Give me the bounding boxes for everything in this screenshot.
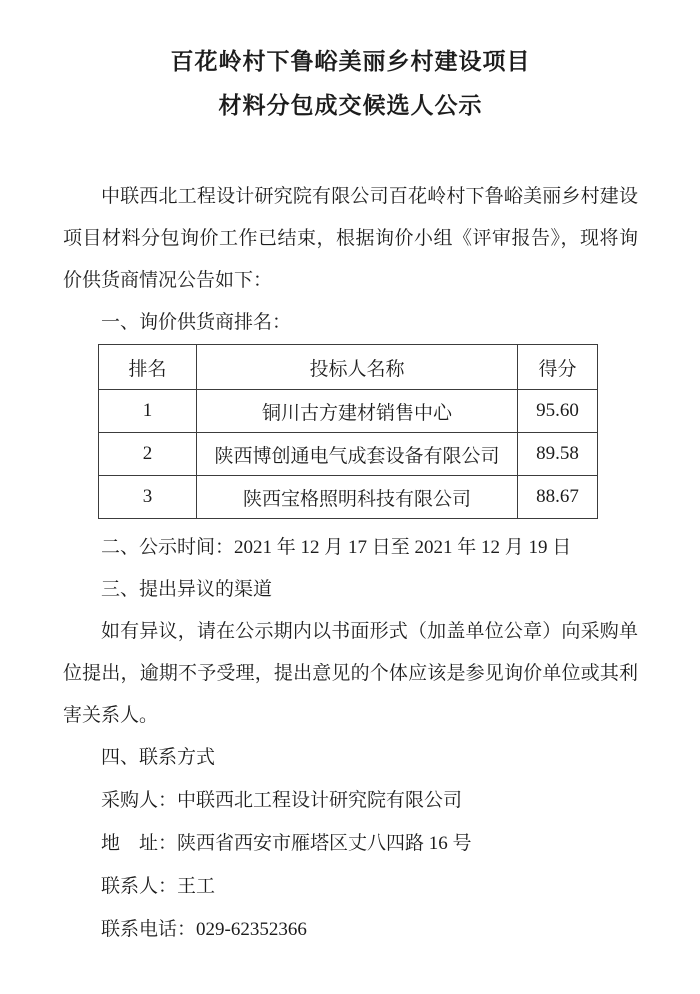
cell-bidder: 陕西宝格照明科技有限公司 (197, 476, 518, 519)
cell-rank: 1 (99, 390, 197, 433)
cell-rank: 3 (99, 476, 197, 519)
supplier-ranking-table: 排名 投标人名称 得分 1 铜川古方建材销售中心 95.60 2 陕西博创通电气… (98, 344, 598, 519)
contact-person-line: 联系人：王工 (63, 865, 638, 908)
contact-address-line: 地 址：陕西省西安市雁塔区丈八四路 16 号 (63, 822, 638, 865)
cell-score: 95.60 (518, 390, 598, 433)
cell-score: 88.67 (518, 476, 598, 519)
table-header-bidder: 投标人名称 (197, 345, 518, 390)
section3-heading: 三、提出异议的渠道 (63, 569, 638, 611)
document-title: 百花岭村下鲁峪美丽乡村建设项目 材料分包成交候选人公示 (63, 40, 638, 128)
document-title-line2: 材料分包成交候选人公示 (219, 93, 483, 118)
table-row: 1 铜川古方建材销售中心 95.60 (99, 390, 598, 433)
cell-bidder: 铜川古方建材销售中心 (197, 390, 518, 433)
intro-paragraph: 中联西北工程设计研究院有限公司百花岭村下鲁峪美丽乡村建设项目材料分包询价工作已结… (63, 176, 638, 302)
table-row: 3 陕西宝格照明科技有限公司 88.67 (99, 476, 598, 519)
table-header-score: 得分 (518, 345, 598, 390)
document-title-line1: 百花岭村下鲁峪美丽乡村建设项目 (171, 49, 531, 74)
cell-score: 89.58 (518, 433, 598, 476)
section2-publicity-period: 二、公示时间：2021 年 12 月 17 日至 2021 年 12 月 19 … (63, 527, 638, 569)
table-header-rank: 排名 (99, 345, 197, 390)
contact-buyer-line: 采购人：中联西北工程设计研究院有限公司 (63, 779, 638, 822)
table-header-row: 排名 投标人名称 得分 (99, 345, 598, 390)
contact-phone-line: 联系电话：029-62352366 (63, 908, 638, 951)
cell-rank: 2 (99, 433, 197, 476)
document-page: 百花岭村下鲁峪美丽乡村建设项目 材料分包成交候选人公示 中联西北工程设计研究院有… (0, 0, 700, 994)
section4-heading: 四、联系方式 (63, 737, 638, 779)
cell-bidder: 陕西博创通电气成套设备有限公司 (197, 433, 518, 476)
table-row: 2 陕西博创通电气成套设备有限公司 89.58 (99, 433, 598, 476)
section1-heading: 一、询价供货商排名： (63, 302, 638, 344)
section3-paragraph: 如有异议，请在公示期内以书面形式（加盖单位公章）向采购单位提出，逾期不予受理，提… (63, 611, 638, 737)
